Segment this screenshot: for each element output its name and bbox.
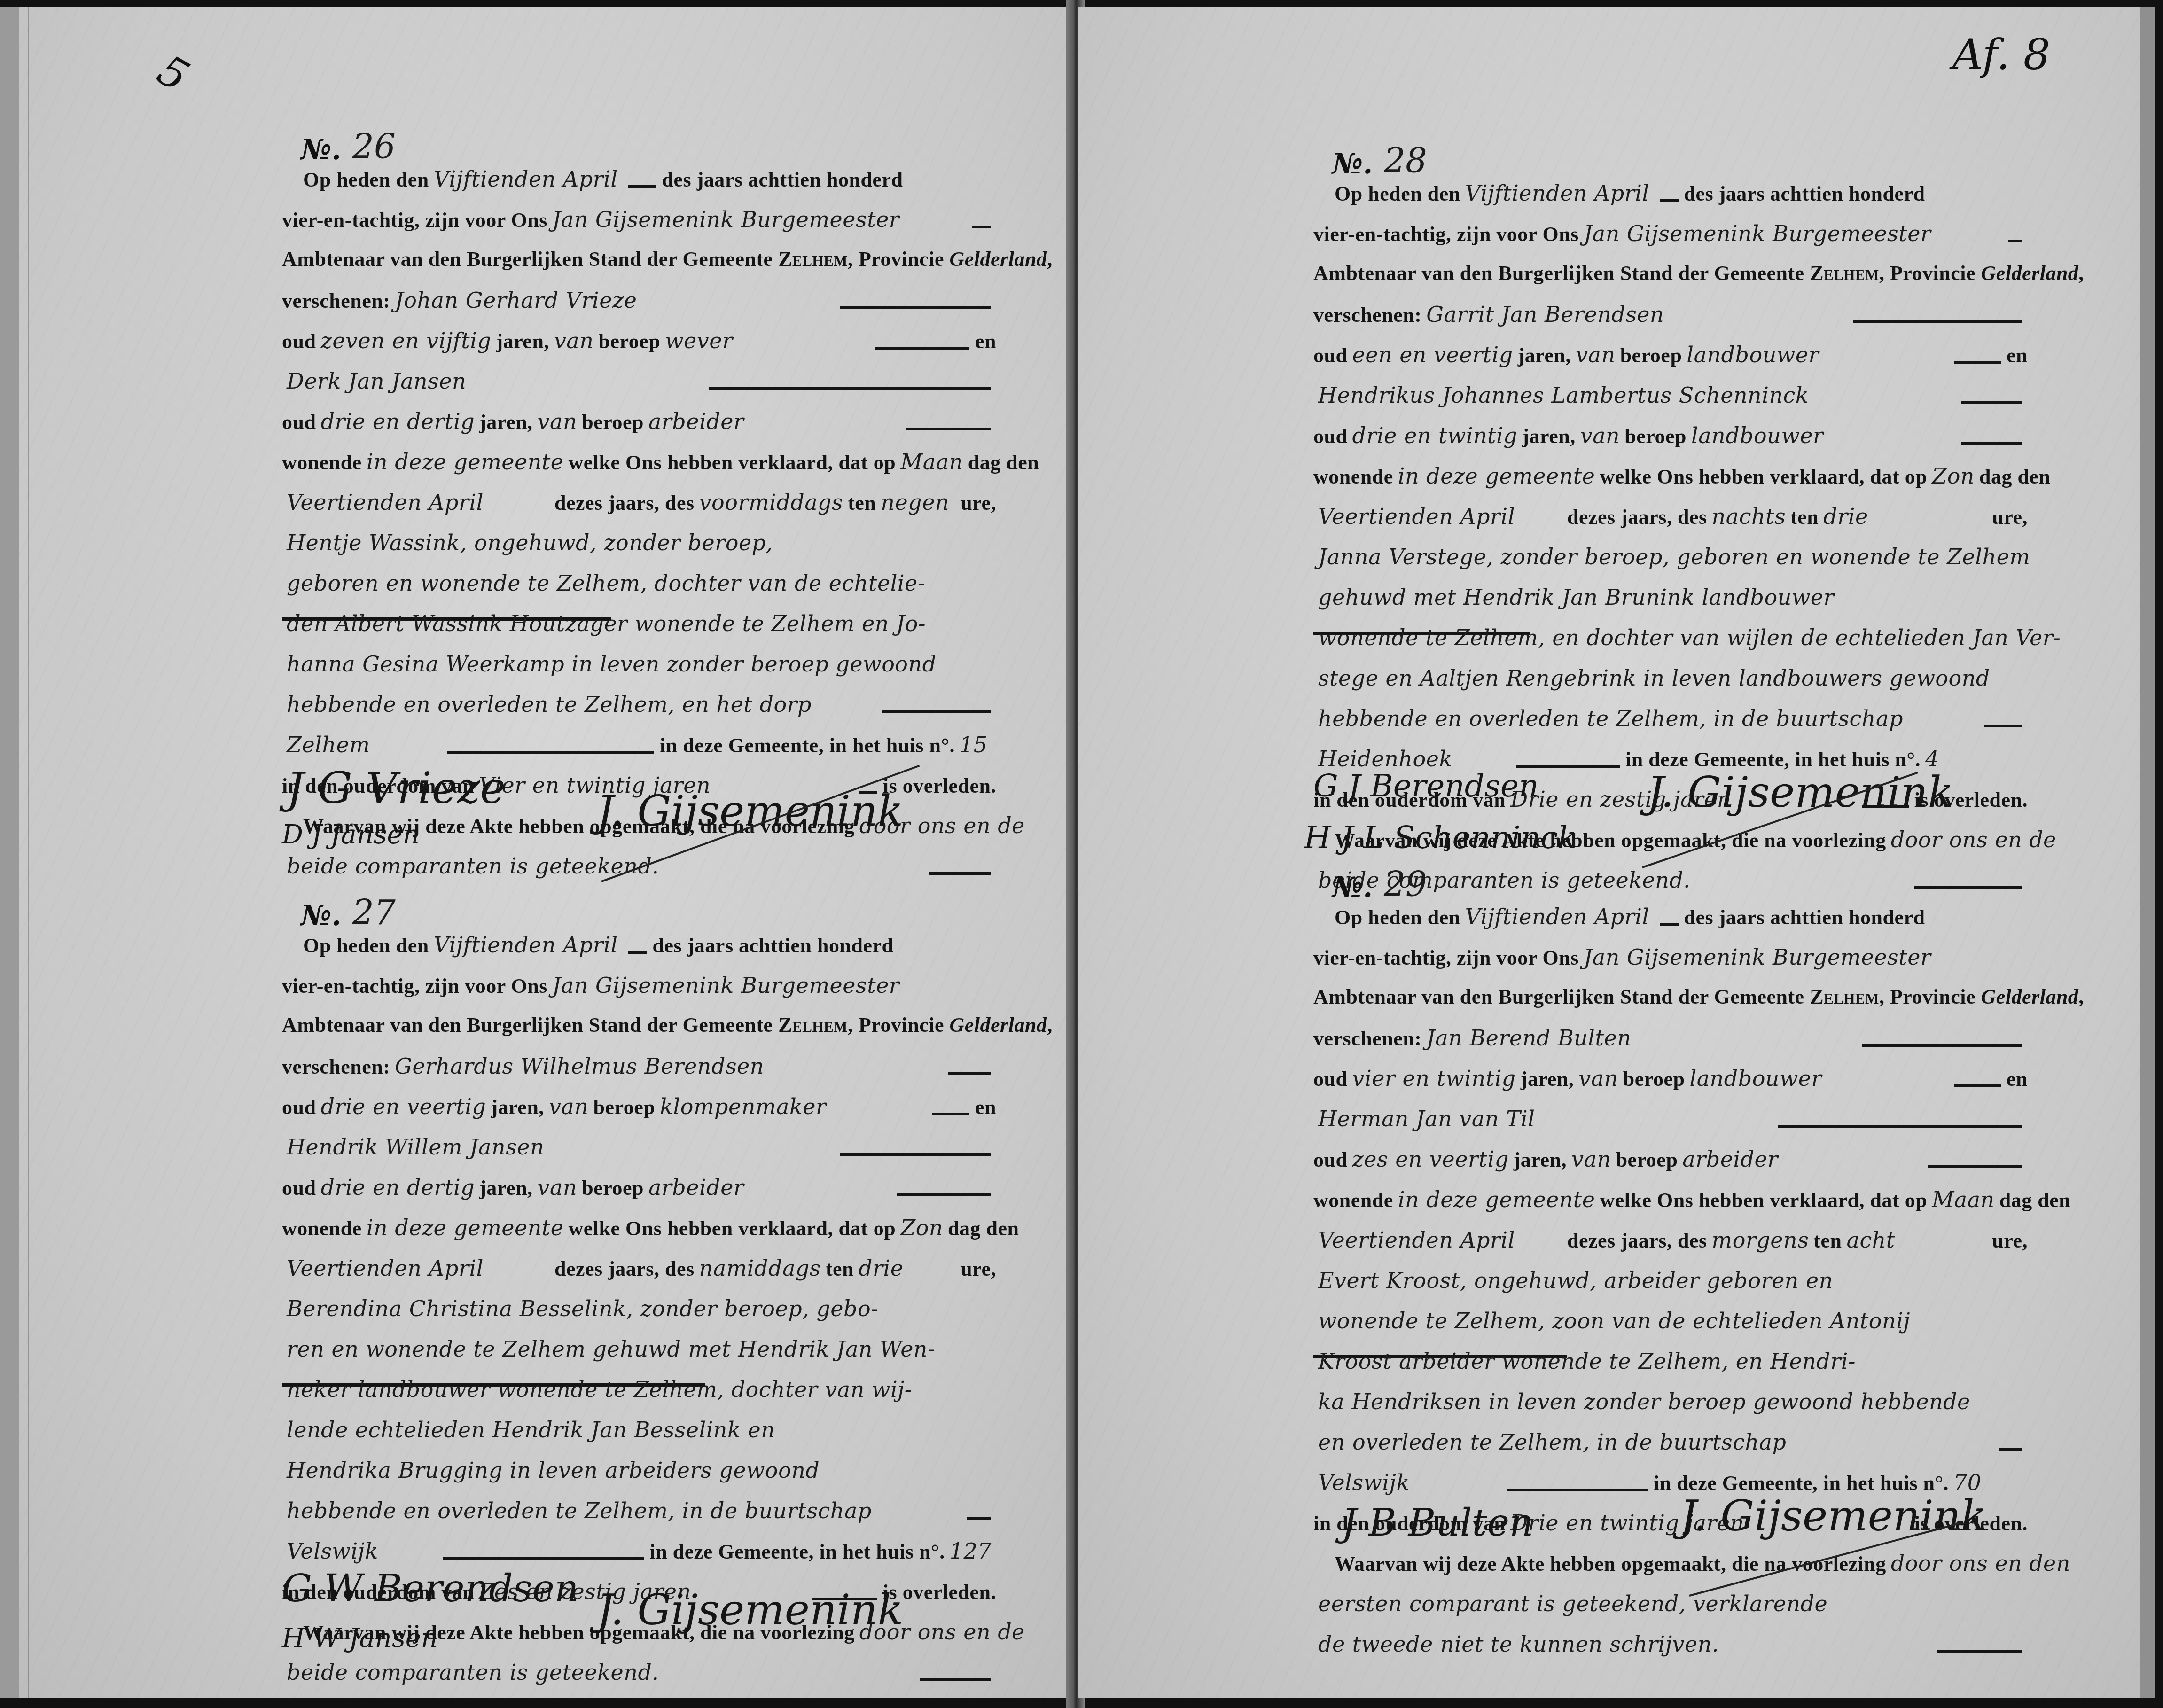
right-page: Af. 8 №. 28 Op heden den Vijftienden Apr… <box>1078 7 2155 1698</box>
deceased-name: Hentje Wassink, ongehuwd, zonder beroep, <box>282 530 996 555</box>
deceased-name: Evert Kroost, ongehuwd, arbeider geboren… <box>1313 1268 2028 1293</box>
entry-number: №. 27 <box>301 881 996 932</box>
death-date: Veertienden April <box>282 490 554 515</box>
house-number: 15 <box>955 732 992 757</box>
deceased-name: Janna Verstege, zonder beroep, geboren e… <box>1313 544 2035 569</box>
signature-informant1: J B Bulten <box>1342 1501 1534 1544</box>
signature-informant2: D J Jansen <box>282 819 420 850</box>
death-place: Zelhem <box>282 732 442 757</box>
signature-informant1: J G Vrieze <box>287 763 506 813</box>
margin-rule <box>28 7 29 1698</box>
signature-informant2: H W Jansen <box>282 1623 438 1653</box>
signature-informant2: H J L Schenninck <box>1304 819 1577 856</box>
numero-sign: №. <box>301 133 341 166</box>
entry-29: №. 29 Op heden den Vijftienden April des… <box>1313 852 2028 1672</box>
corner-mark: 5 <box>149 46 197 102</box>
entry-number: №. 29 <box>1332 852 2028 904</box>
entry-number: №. 28 <box>1332 129 2028 180</box>
signature-informant1: G J Berendsen <box>1313 768 1539 804</box>
informant2-name: Derk Jan Jansen <box>282 368 703 394</box>
informant2-occupation: arbeider <box>644 409 900 434</box>
numero-sign: №. <box>1332 871 1373 904</box>
left-page: 5 №. 26 Op heden den Vijftienden April d… <box>0 7 1071 1698</box>
signature-official: J. Gijsemenink <box>1680 1491 1986 1541</box>
informant1-name: Johan Gerhard Vrieze <box>390 288 835 313</box>
record-date: Vijftienden April <box>429 166 623 192</box>
page-folio: Af. 8 <box>1952 30 2050 79</box>
signature-informant1: G W Berendsen <box>282 1567 578 1610</box>
signature-official: J. Gijsemenink <box>597 787 903 836</box>
official-name: Jan Gijsemenink Burgemeester <box>547 207 966 232</box>
signature-official: J. Gijsemenink <box>597 1585 903 1635</box>
numero-sign: №. <box>301 899 341 932</box>
entry-number: №. 26 <box>301 115 996 166</box>
deceased-name: Berendina Christina Besselink, zonder be… <box>282 1296 996 1321</box>
register-spread: 5 №. 26 Op heden den Vijftienden April d… <box>0 0 2163 1708</box>
informant1-occupation: wever <box>660 328 870 353</box>
numero-sign: №. <box>1332 148 1373 180</box>
